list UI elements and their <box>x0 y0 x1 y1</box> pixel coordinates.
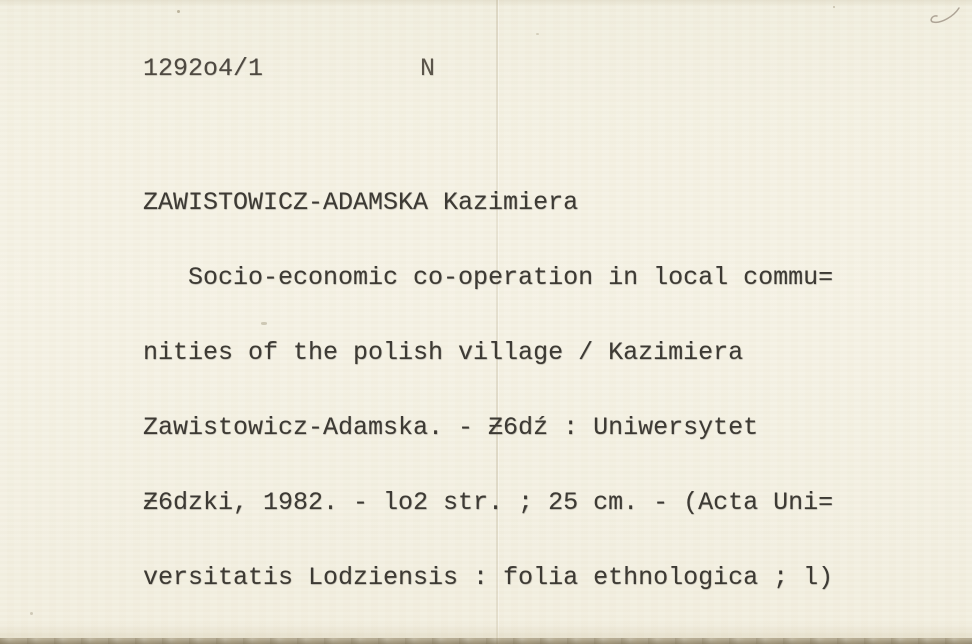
pencil-check-mark-icon <box>924 5 966 35</box>
paper-speck <box>536 33 539 35</box>
entry-line-imprint-2: Ƶ6dzki, 1982. - lo2 str. ; 25 cm. - (Act… <box>143 490 833 515</box>
entry-line-title-2: nities of the polish village / Kazimiera <box>143 340 833 365</box>
card-bottom-edge <box>0 638 972 644</box>
card-bottom-shading <box>0 623 972 639</box>
entry-line-imprint-1: Zawistowicz-Adamska. - Ƶ6dź : Uniwersyte… <box>143 415 833 440</box>
entry-line-title-1: Socio-economic co-operation in local com… <box>143 265 833 290</box>
catalog-card: 1292o4/1 N ZAWISTOWICZ-ADAMSKA Kazimiera… <box>0 0 972 644</box>
section-letter: N <box>420 56 435 81</box>
paper-speck <box>833 6 835 8</box>
paper-speck <box>30 612 33 615</box>
bibliographic-entry: ZAWISTOWICZ-ADAMSKA Kazimiera Socio-econ… <box>143 140 833 640</box>
paper-speck <box>177 10 180 13</box>
call-number: 1292o4/1 <box>143 56 263 81</box>
card-top-edge <box>0 0 972 6</box>
entry-line-series: versitatis Lodziensis : folia ethnologic… <box>143 565 833 590</box>
entry-line-author-heading: ZAWISTOWICZ-ADAMSKA Kazimiera <box>143 190 833 215</box>
